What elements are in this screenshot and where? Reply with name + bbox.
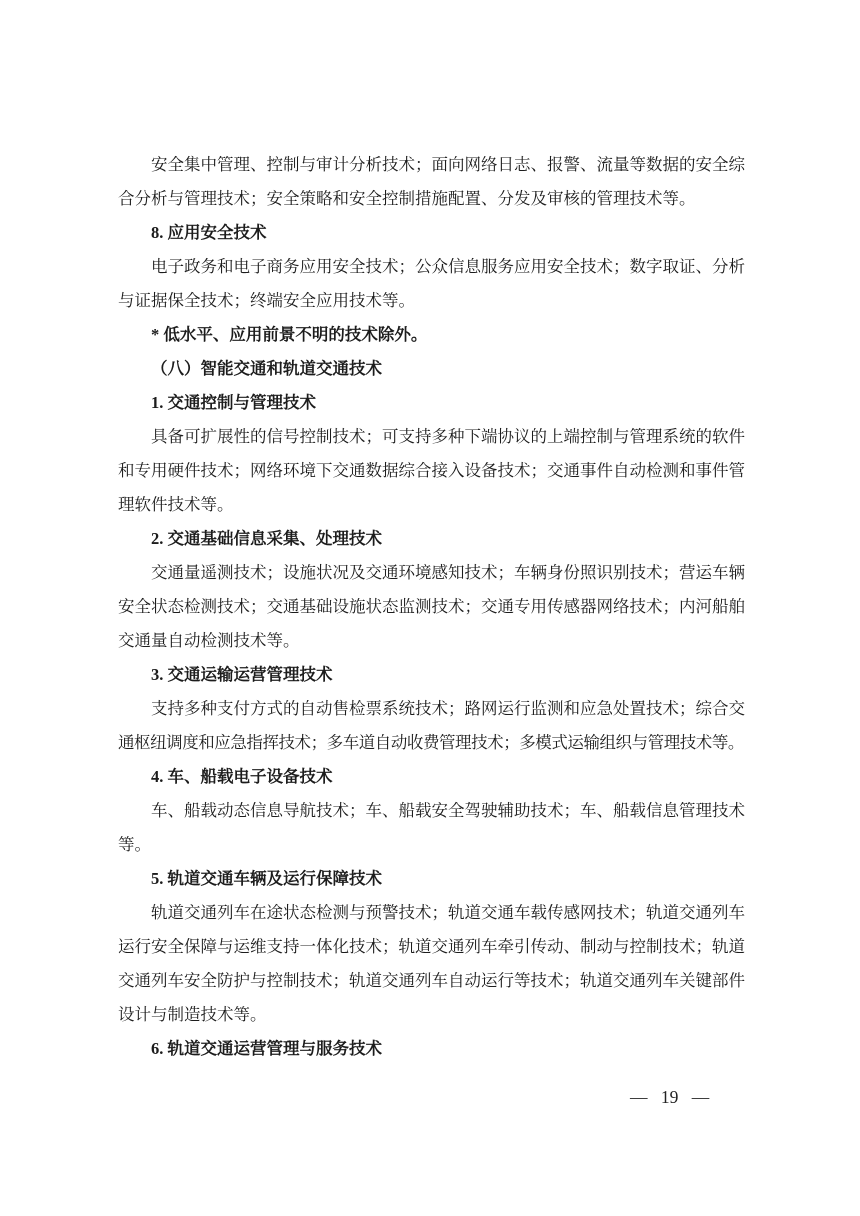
paragraph-line: 和专用硬件技术；网络环境下交通数据综合接入设备技术；交通事件自动检测和事件管 — [118, 454, 748, 488]
heading-4-vehicle-vessel-electronics: 4. 车、船载电子设备技术 — [118, 760, 748, 794]
paragraph-line: 安全集中管理、控制与审计分析技术；面向网络日志、报警、流量等数据的安全综 — [118, 148, 748, 182]
heading-5-rail-vehicle-operation-support: 5. 轨道交通车辆及运行保障技术 — [118, 862, 748, 896]
paragraph-line: 交通列车安全防护与控制技术；轨道交通列车自动运行等技术；轨道交通列车关键部件 — [118, 964, 748, 998]
heading-1-traffic-control: 1. 交通控制与管理技术 — [118, 386, 748, 420]
paragraph-line: 运行安全保障与运维支持一体化技术；轨道交通列车牵引传动、制动与控制技术；轨道 — [118, 930, 748, 964]
paragraph-line: 车、船载动态信息导航技术；车、船载安全驾驶辅助技术；车、船载信息管理技术 — [118, 794, 748, 828]
document-page: 安全集中管理、控制与审计分析技术；面向网络日志、报警、流量等数据的安全综 合分析… — [0, 0, 860, 1216]
paragraph-line: 等。 — [118, 828, 748, 862]
paragraph-line: 轨道交通列车在途状态检测与预警技术；轨道交通车载传感网技术；轨道交通列车 — [118, 896, 748, 930]
paragraph-line: 电子政务和电子商务应用安全技术；公众信息服务应用安全技术；数字取证、分析 — [118, 250, 748, 284]
paragraph-line: 合分析与管理技术；安全策略和安全控制措施配置、分发及审核的管理技术等。 — [118, 182, 748, 216]
paragraph-line: 交通量遥测技术；设施状况及交通环境感知技术；车辆身份照识别技术；营运车辆 — [118, 556, 748, 590]
heading-2-traffic-info-collection: 2. 交通基础信息采集、处理技术 — [118, 522, 748, 556]
paragraph-line: 通枢纽调度和应急指挥技术；多车道自动收费管理技术；多模式运输组织与管理技术等。 — [118, 726, 748, 760]
heading-3-transport-operation-management: 3. 交通运输运营管理技术 — [118, 658, 748, 692]
note-low-level-exclusion: * 低水平、应用前景不明的技术除外。 — [118, 318, 748, 352]
paragraph-line: 理软件技术等。 — [118, 488, 748, 522]
document-body: 安全集中管理、控制与审计分析技术；面向网络日志、报警、流量等数据的安全综 合分析… — [118, 148, 748, 1066]
heading-6-rail-operation-service: 6. 轨道交通运营管理与服务技术 — [118, 1032, 748, 1066]
page-number: — 19 — — [630, 1082, 709, 1112]
paragraph-line: 与证据保全技术；终端安全应用技术等。 — [118, 284, 748, 318]
paragraph-line: 安全状态检测技术；交通基础设施状态监测技术；交通专用传感器网络技术；内河船舶 — [118, 590, 748, 624]
heading-8-application-security: 8. 应用安全技术 — [118, 216, 748, 250]
heading-category-8-intelligent-transport: （八）智能交通和轨道交通技术 — [118, 352, 748, 386]
paragraph-line: 支持多种支付方式的自动售检票系统技术；路网运行监测和应急处置技术；综合交 — [118, 692, 748, 726]
paragraph-line: 设计与制造技术等。 — [118, 998, 748, 1032]
paragraph-line: 具备可扩展性的信号控制技术；可支持多种下端协议的上端控制与管理系统的软件 — [118, 420, 748, 454]
paragraph-line: 交通量自动检测技术等。 — [118, 624, 748, 658]
